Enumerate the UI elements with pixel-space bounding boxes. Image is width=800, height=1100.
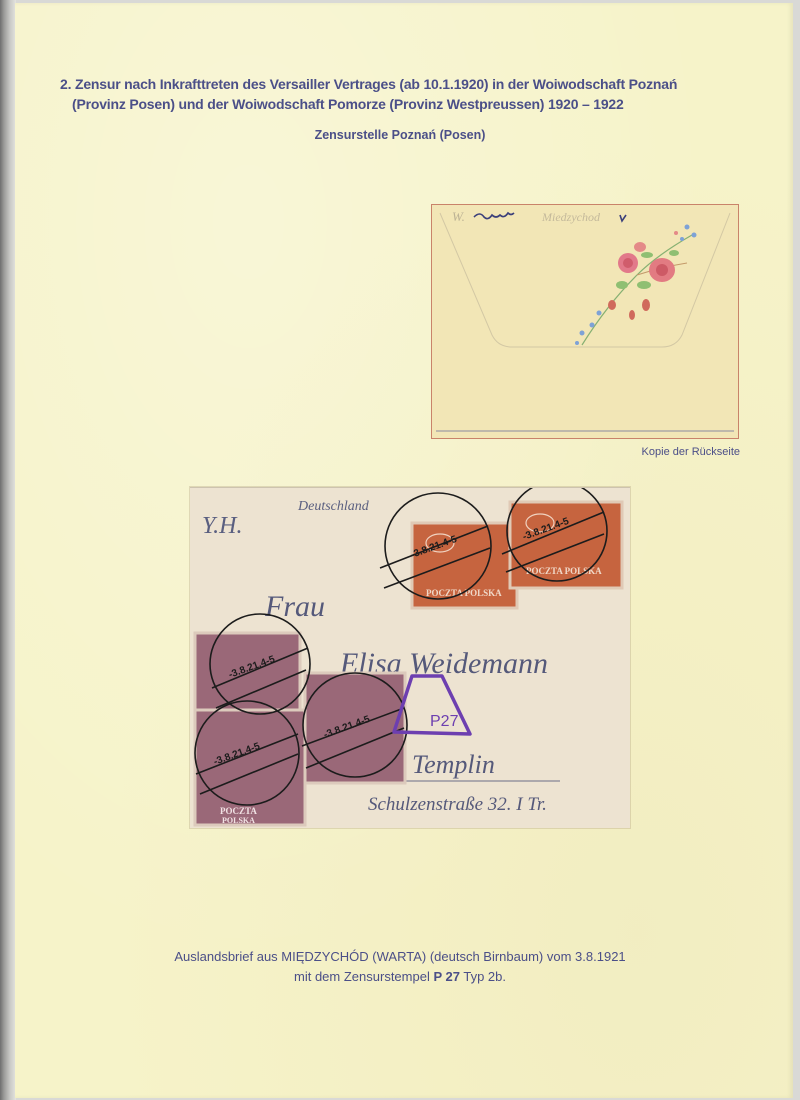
- back-handwriting-faint: W.: [452, 209, 465, 224]
- svg-text:Miedzychod: Miedzychod: [541, 210, 601, 224]
- cover-caption: Auslandsbrief aus MIĘDZYCHÓD (WARTA) (de…: [0, 947, 800, 987]
- page-subtitle: Zensurstelle Poznań (Posen): [0, 128, 800, 142]
- cover-back-illustration: W. Miedzychod: [432, 205, 738, 438]
- svg-text:Deutschland: Deutschland: [297, 499, 370, 514]
- cover-front-illustration: Y.H. Deutschland Frau Elisa Weidemann Te…: [190, 488, 630, 828]
- svg-text:POLSKA: POLSKA: [222, 816, 255, 825]
- scan-edge: [0, 0, 16, 1100]
- page-title-line1: 2. Zensur nach Inkrafttreten des Versail…: [60, 76, 677, 92]
- svg-text:Schulzenstraße 32. I Tr.: Schulzenstraße 32. I Tr.: [368, 794, 547, 815]
- svg-text:Templin: Templin: [412, 750, 495, 779]
- svg-text:Frau: Frau: [264, 590, 325, 623]
- page-title-line2: (Provinz Posen) und der Woiwodschaft Pom…: [60, 94, 760, 114]
- censor-mark-text: P 27: [433, 969, 460, 984]
- svg-text:Y.H.: Y.H.: [202, 513, 242, 539]
- page-title: 2. Zensur nach Inkrafttreten des Versail…: [60, 74, 760, 114]
- censor-mark-label: P27: [430, 713, 459, 730]
- caption-line1: Auslandsbrief aus MIĘDZYCHÓD (WARTA) (de…: [0, 947, 800, 967]
- cover-back-image: W. Miedzychod: [431, 204, 739, 439]
- caption-line2: mit dem Zensurstempel P 27 Typ 2b.: [0, 967, 800, 987]
- svg-text:POCZTA: POCZTA: [220, 806, 257, 816]
- cover-front-image: Y.H. Deutschland Frau Elisa Weidemann Te…: [190, 487, 630, 828]
- floral-decoration: [575, 225, 697, 346]
- back-cover-caption: Kopie der Rückseite: [560, 446, 740, 458]
